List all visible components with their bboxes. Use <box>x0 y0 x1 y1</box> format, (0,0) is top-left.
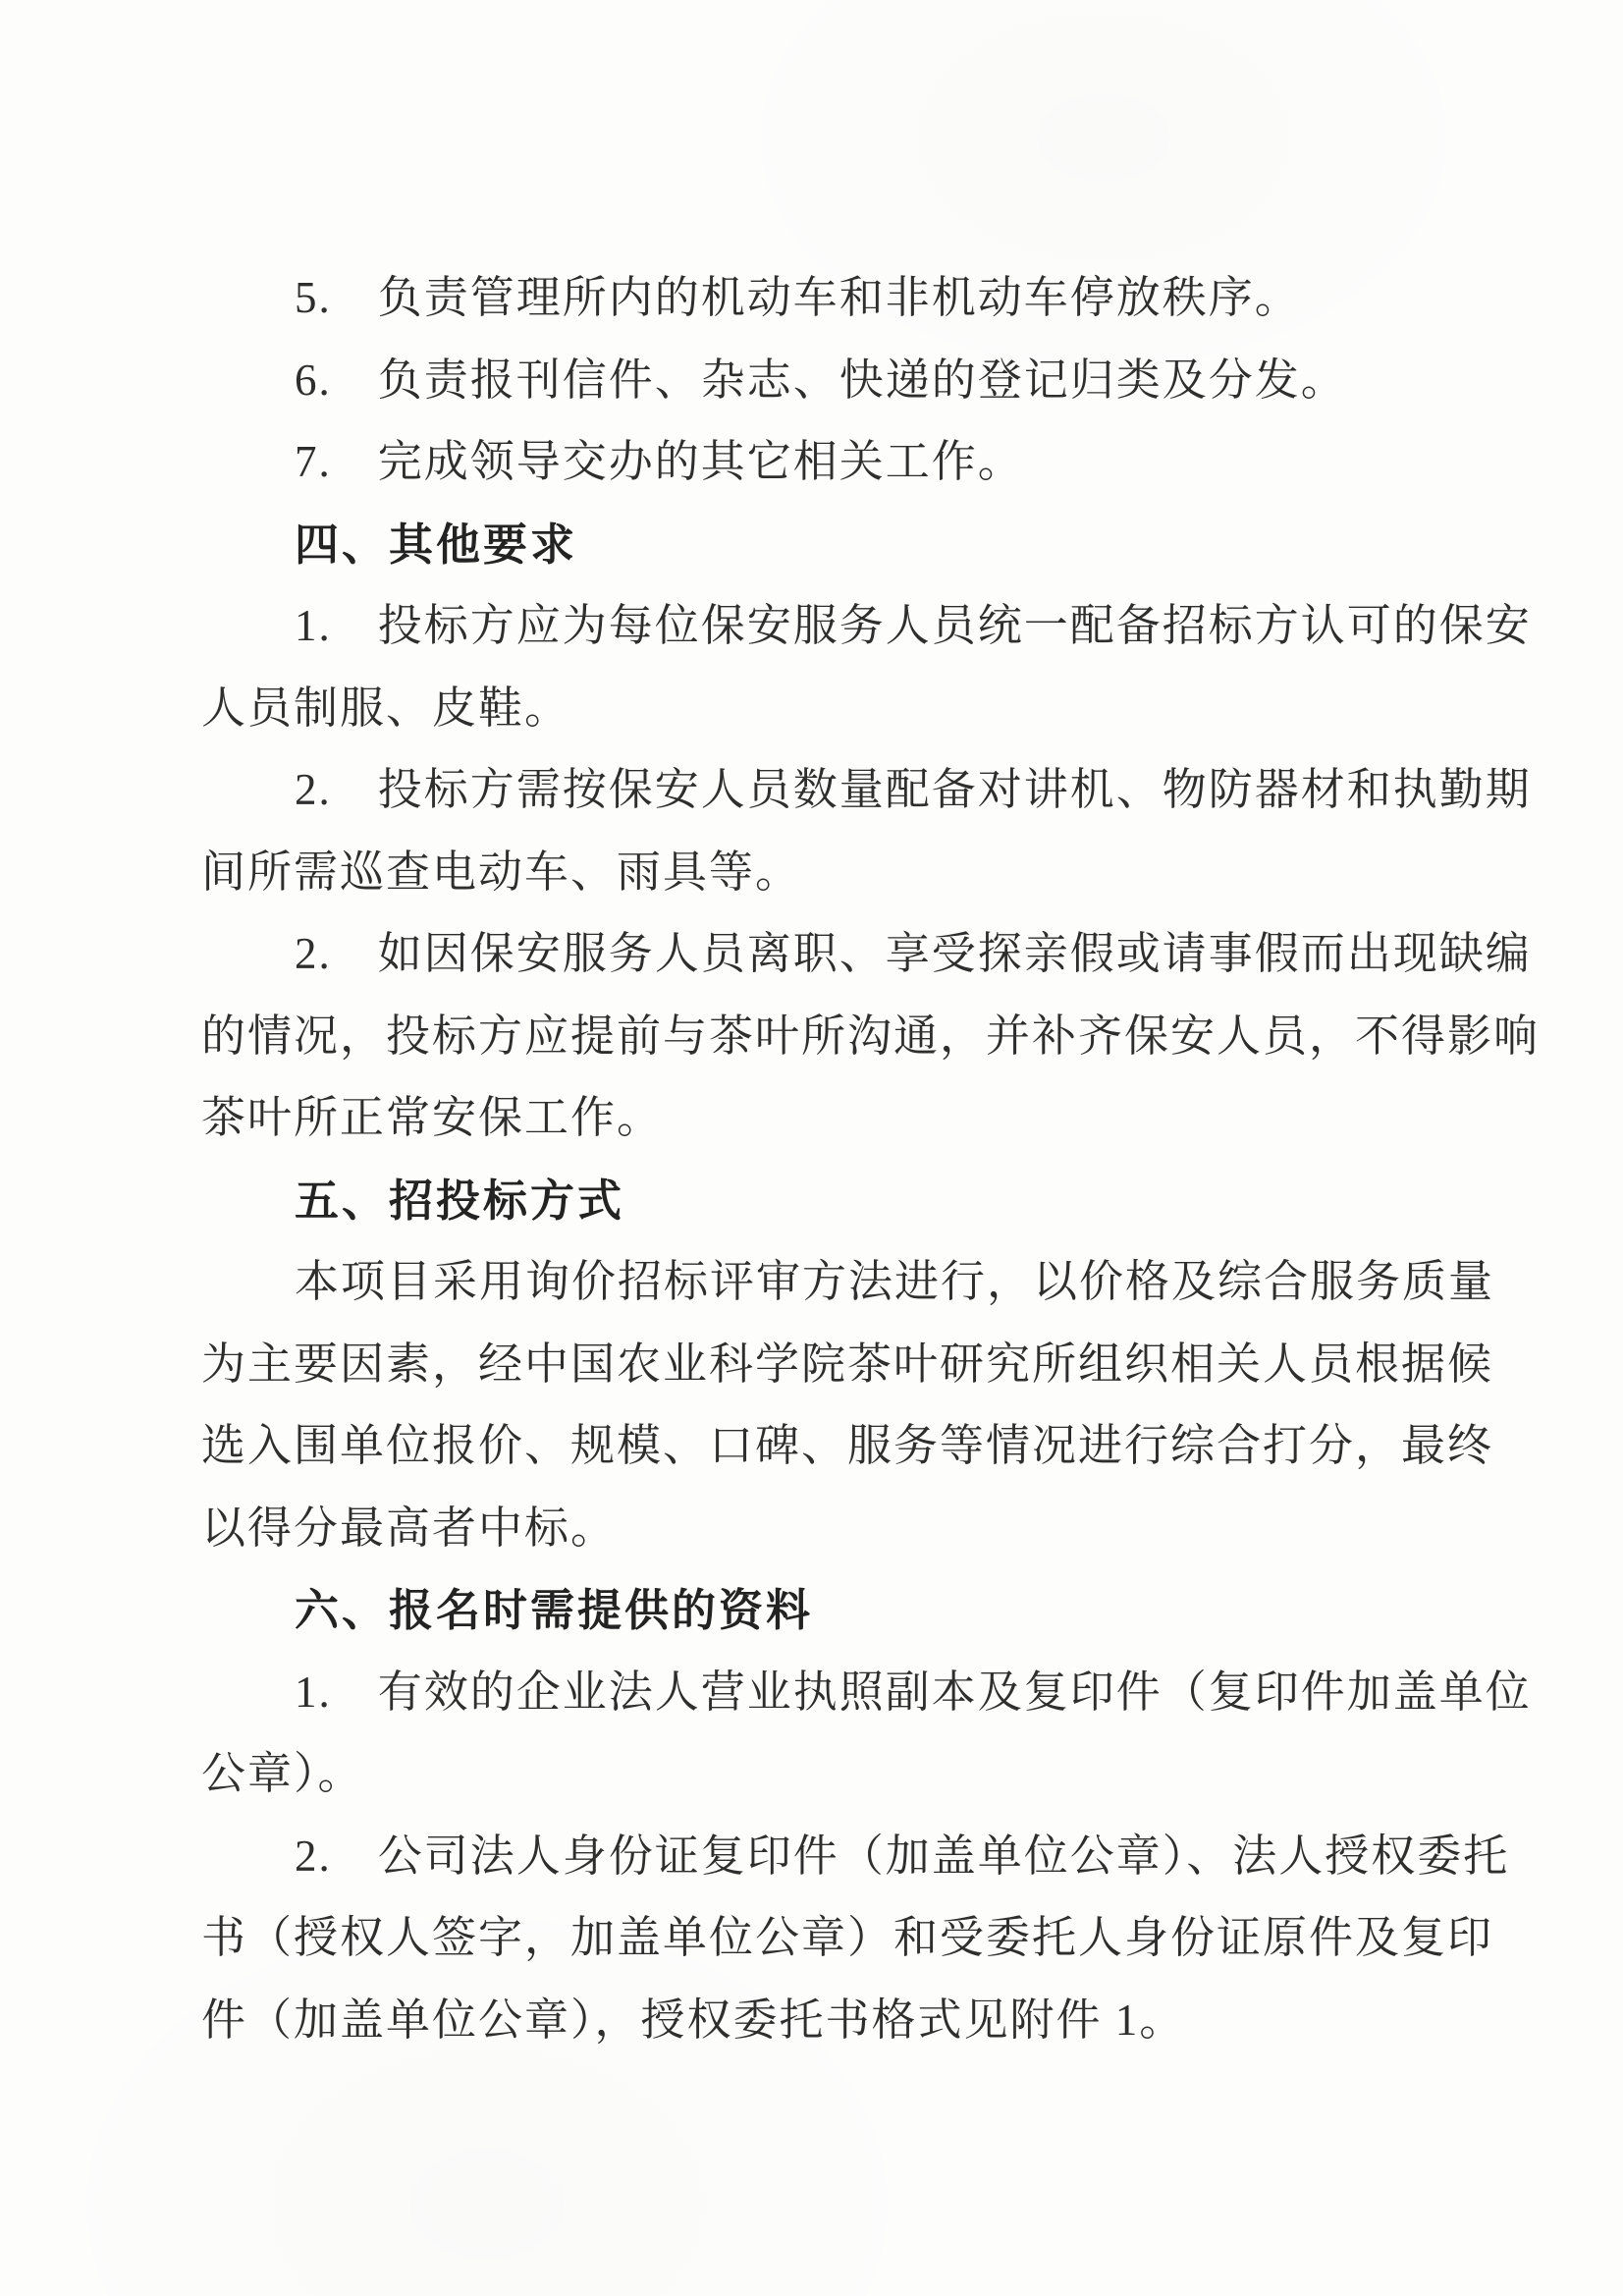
section-heading-registration-materials: 六、报名时需提供的资料 <box>201 1569 1488 1652</box>
paragraph-line: 1. 投标方应为每位保安服务人员统一配备招标方认可的保安 <box>201 585 1488 668</box>
paragraph-line: 件（加盖单位公章），授权委托书格式见附件 1。 <box>201 1980 1488 2062</box>
paragraph-line: 2. 投标方需按保安人员数量配备对讲机、物防器材和执勤期 <box>201 749 1488 832</box>
section-heading-other-requirements: 四、其他要求 <box>201 504 1488 586</box>
paragraph-line: 的情况，投标方应提前与茶叶所沟通，并补齐保安人员，不得影响 <box>201 996 1488 1078</box>
paragraph-line: 公章）。 <box>201 1733 1488 1816</box>
paragraph-line: 间所需巡查电动车、雨具等。 <box>201 832 1488 914</box>
paragraph-line: 茶叶所正常安保工作。 <box>201 1077 1488 1160</box>
paragraph-line: 以得分最高者中标。 <box>201 1488 1488 1570</box>
paragraph-line: 本项目采用询价招标评审方法进行，以价格及综合服务质量 <box>201 1241 1488 1324</box>
document-page: 5. 负责管理所内的机动车和非机动车停放秩序。 6. 负责报刊信件、杂志、快递的… <box>0 0 1623 2296</box>
document-body: 5. 负责管理所内的机动车和非机动车停放秩序。 6. 负责报刊信件、杂志、快递的… <box>201 257 1488 2061</box>
list-item-7: 7. 完成领导交办的其它相关工作。 <box>201 421 1488 504</box>
paragraph-line: 选入围单位报价、规模、口碑、服务等情况进行综合打分，最终 <box>201 1405 1488 1488</box>
paragraph-line: 2. 如因保安服务人员离职、享受探亲假或请事假而出现缺编 <box>201 913 1488 996</box>
list-item-6: 6. 负责报刊信件、杂志、快递的登记归类及分发。 <box>201 340 1488 422</box>
paragraph-line: 为主要因素，经中国农业科学院茶叶研究所组织相关人员根据候 <box>201 1324 1488 1406</box>
paragraph-line: 书（授权人签字，加盖单位公章）和受委托人身份证原件及复印 <box>201 1897 1488 1980</box>
paragraph-line: 2. 公司法人身份证复印件（加盖单位公章）、法人授权委托 <box>201 1816 1488 1898</box>
paragraph-line: 1. 有效的企业法人营业执照副本及复印件（复印件加盖单位 <box>201 1652 1488 1734</box>
list-item-5: 5. 负责管理所内的机动车和非机动车停放秩序。 <box>201 257 1488 340</box>
paragraph-line: 人员制服、皮鞋。 <box>201 668 1488 750</box>
section-heading-tender-method: 五、招投标方式 <box>201 1160 1488 1242</box>
